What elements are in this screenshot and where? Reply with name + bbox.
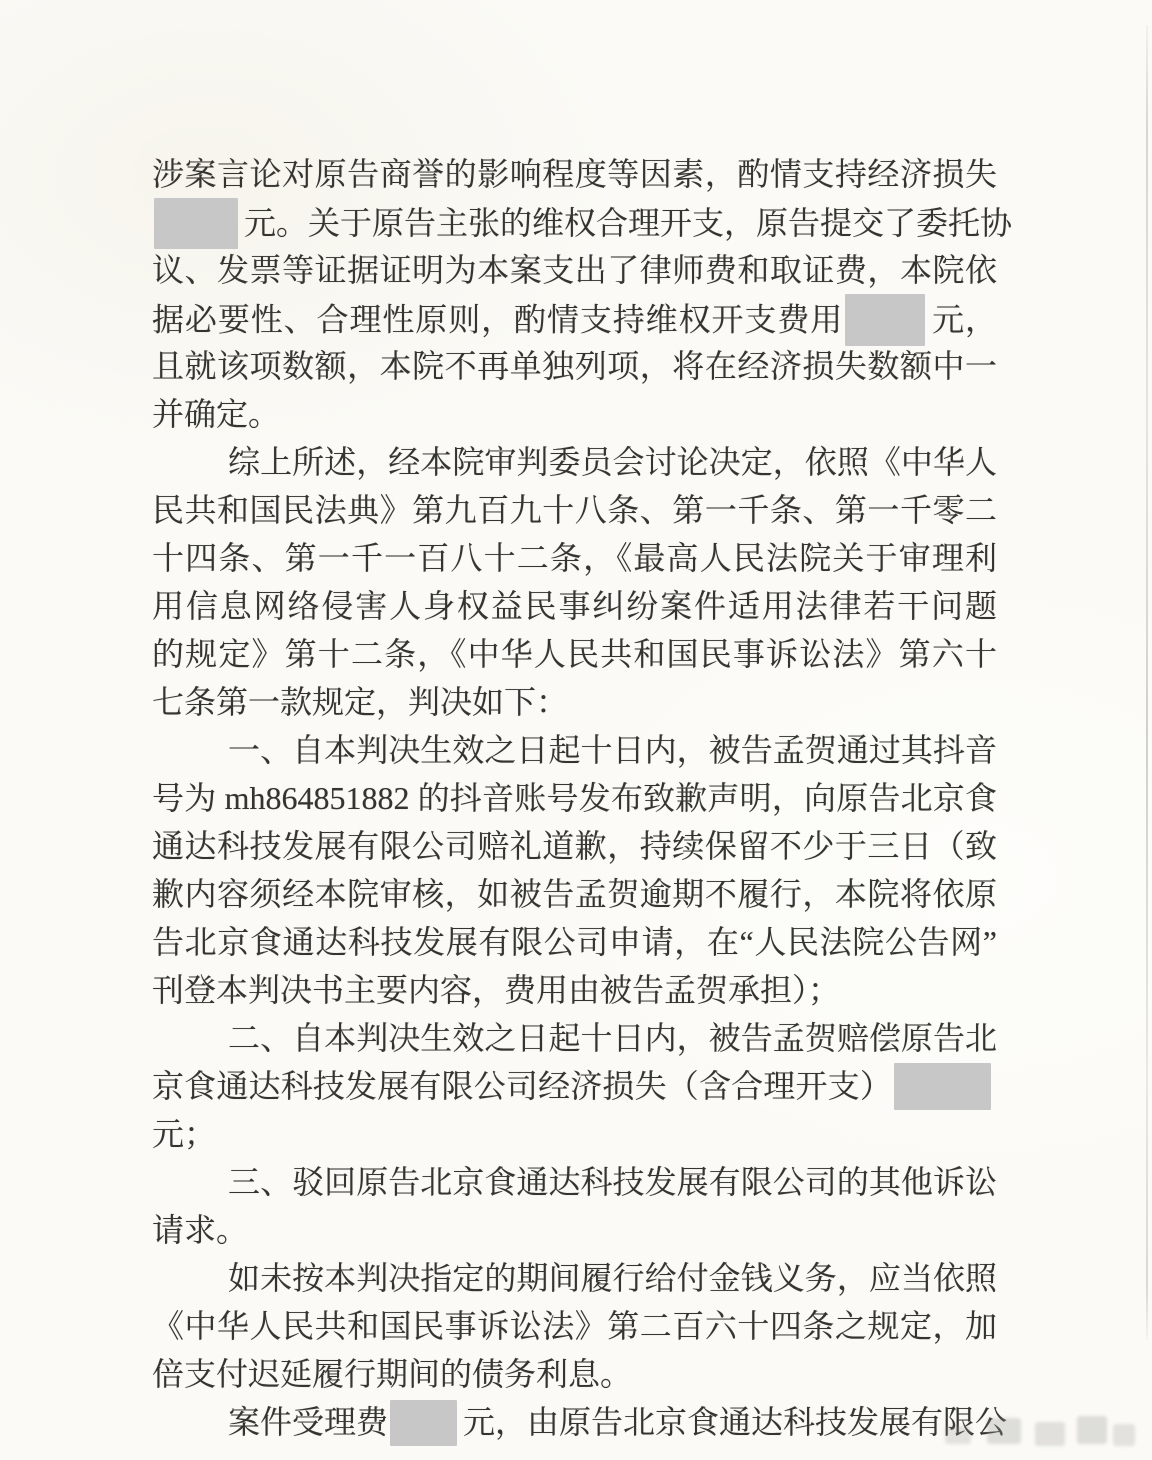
document-line: 元。关于原告主张的维权合理开支，原告提交了委托协: [152, 198, 997, 246]
document-line: 号为 mh864851882 的抖音账号发布致歉声明，向原告北京食: [152, 774, 997, 822]
text-segment: 号为 mh864851882 的抖音账号发布致歉声明，向原告北京食: [152, 780, 997, 816]
text-segment: 歉内容须经本院审核，如被告孟贺逾期不履行，本院将依原: [152, 876, 997, 912]
text-segment: 民共和国民法典》第九百九十八条、第一千条、第一千零二: [152, 492, 997, 528]
redaction-box: [894, 1063, 991, 1110]
redaction-box: [845, 294, 925, 346]
document-line: 且就该项数额，本院不再单独列项，将在经济损失数额中一: [152, 342, 997, 390]
document-line: 二、自本判决生效之日起十日内，被告孟贺赔偿原告北: [152, 1014, 997, 1062]
document-line: 通达科技发展有限公司赔礼道歉，持续保留不少于三日（致: [152, 822, 997, 870]
paragraph-indent: [152, 1432, 228, 1433]
document-line: 《中华人民共和国民事诉讼法》第二百六十四条之规定，加: [152, 1302, 997, 1350]
text-segment: 元；: [152, 1116, 216, 1152]
text-segment: 京食通达科技发展有限公司经济损失（含合理开支）: [152, 1068, 892, 1104]
text-segment: 二、自本判决生效之日起十日内，被告孟贺赔偿原告北: [228, 1020, 997, 1056]
document-line: 一、自本判决生效之日起十日内，被告孟贺通过其抖音: [152, 726, 997, 774]
text-segment: 《中华人民共和国民事诉讼法》第二百六十四条之规定，加: [152, 1308, 997, 1344]
judgment-document-text: 涉案言论对原告商誉的影响程度等因素，酌情支持经济损失元。关于原告主张的维权合理开…: [152, 150, 997, 1446]
document-line: 歉内容须经本院审核，如被告孟贺逾期不履行，本院将依原: [152, 870, 997, 918]
document-line: 议、发票等证据证明为本案支出了律师费和取证费，本院依: [152, 246, 997, 294]
document-line: 十四条、第一千一百八十二条，《最高人民法院关于审理利: [152, 534, 997, 582]
document-line: 涉案言论对原告商誉的影响程度等因素，酌情支持经济损失: [152, 150, 997, 198]
document-line: 三、驳回原告北京食通达科技发展有限公司的其他诉讼: [152, 1158, 997, 1206]
document-line: 案件受理费元，由原告北京食通达科技发展有限公: [152, 1398, 997, 1446]
text-segment: 据必要性、合理性原则，酌情支持维权开支费用: [152, 301, 843, 337]
redaction-box: [154, 198, 238, 249]
paragraph-indent: [152, 1192, 228, 1193]
text-segment: 综上所述，经本院审判委员会讨论决定，依照《中华人: [228, 444, 997, 480]
text-segment: 元，: [931, 301, 997, 337]
document-line: 刊登本判决书主要内容，费用由被告孟贺承担）；: [152, 966, 997, 1014]
text-segment: 一、自本判决生效之日起十日内，被告孟贺通过其抖音: [228, 732, 997, 768]
watermark-blob: [1113, 1424, 1135, 1446]
document-line: 并确定。: [152, 390, 997, 438]
text-segment: 请求。: [152, 1212, 248, 1248]
text-segment: 用信息网络侵害人身权益民事纠纷案件适用法律若干问题: [152, 588, 997, 624]
paragraph-indent: [152, 1048, 228, 1049]
document-line: 倍支付迟延履行期间的债务利息。: [152, 1350, 997, 1398]
document-line: 京食通达科技发展有限公司经济损失（含合理开支）: [152, 1062, 997, 1110]
document-line: 用信息网络侵害人身权益民事纠纷案件适用法律若干问题: [152, 582, 997, 630]
text-segment: 议、发票等证据证明为本案支出了律师费和取证费，本院依: [152, 252, 997, 288]
text-segment: 七条第一款规定，判决如下：: [152, 684, 568, 720]
document-line: 元；: [152, 1110, 997, 1158]
paragraph-indent: [152, 1288, 228, 1289]
paragraph-indent: [152, 472, 228, 473]
text-segment: 并确定。: [152, 396, 280, 432]
document-line: 请求。: [152, 1206, 997, 1254]
document-line: 告北京食通达科技发展有限公司申请，在“人民法院公告网”: [152, 918, 997, 966]
document-line: 七条第一款规定，判决如下：: [152, 678, 997, 726]
redaction-box: [390, 1400, 457, 1446]
document-line: 民共和国民法典》第九百九十八条、第一千条、第一千零二: [152, 486, 997, 534]
text-segment: 元。关于原告主张的维权合理开支，原告提交了委托协: [244, 205, 1012, 241]
text-segment: 告北京食通达科技发展有限公司申请，在“人民法院公告网”: [152, 924, 997, 960]
text-segment: 刊登本判决书主要内容，费用由被告孟贺承担）；: [152, 972, 840, 1008]
text-segment: 十四条、第一千一百八十二条，《最高人民法院关于审理利: [152, 540, 997, 576]
watermark-blob: [987, 1418, 1021, 1444]
faint-watermark: [945, 1408, 1140, 1458]
page-edge-line: [1146, 25, 1148, 1340]
text-segment: 且就该项数额，本院不再单独列项，将在经济损失数额中一: [152, 348, 997, 384]
text-segment: 元，由原告北京食通达科技发展有限公: [463, 1404, 1007, 1440]
watermark-blob: [1077, 1416, 1107, 1444]
text-segment: 倍支付迟延履行期间的债务利息。: [152, 1356, 632, 1392]
watermark-blob: [945, 1426, 971, 1444]
text-segment: 通达科技发展有限公司赔礼道歉，持续保留不少于三日（致: [152, 828, 997, 864]
paragraph-indent: [152, 760, 228, 761]
document-line: 的规定》第十二条，《中华人民共和国民事诉讼法》第六十: [152, 630, 997, 678]
text-segment: 案件受理费: [228, 1404, 388, 1440]
document-line: 综上所述，经本院审判委员会讨论决定，依照《中华人: [152, 438, 997, 486]
document-line: 如未按本判决指定的期间履行给付金钱义务，应当依照: [152, 1254, 997, 1302]
text-segment: 的规定》第十二条，《中华人民共和国民事诉讼法》第六十: [152, 636, 997, 672]
document-line: 据必要性、合理性原则，酌情支持维权开支费用元，: [152, 294, 997, 342]
watermark-blob: [1035, 1422, 1065, 1446]
text-segment: 如未按本判决指定的期间履行给付金钱义务，应当依照: [228, 1260, 997, 1296]
text-segment: 涉案言论对原告商誉的影响程度等因素，酌情支持经济损失: [152, 156, 997, 192]
text-segment: 三、驳回原告北京食通达科技发展有限公司的其他诉讼: [228, 1164, 997, 1200]
